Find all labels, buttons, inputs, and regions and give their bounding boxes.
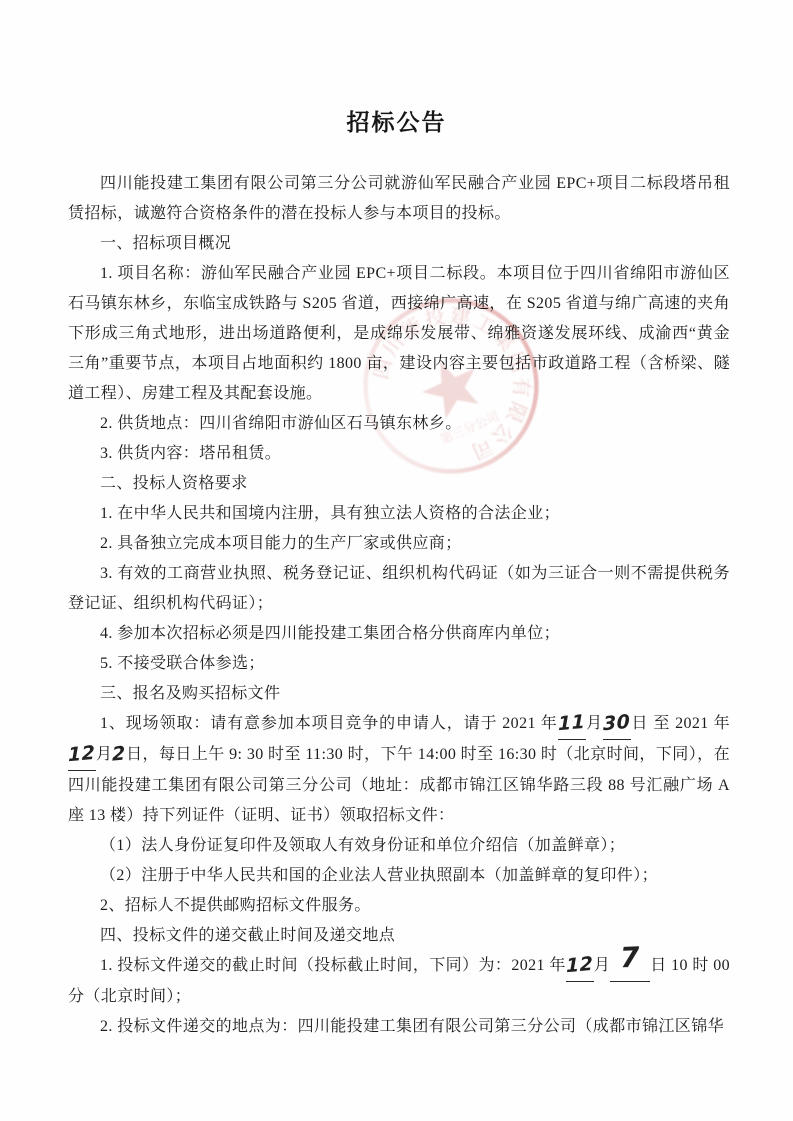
document-body: 四川能投建工集团有限公司第三分公司就游仙军民融合产业园 EPC+项目二标段塔吊租… [68, 169, 730, 1042]
text-run: 日，每日上午 9: 30 时至 11:30 时，下午 14:00 时至 16:3… [68, 746, 730, 824]
submission-deadline-paragraph: 1. 投标文件递交的截止时间（投标截止时间，下同）为：2021 年12月7日 1… [68, 951, 730, 1012]
handwritten-number: 2 [112, 746, 126, 761]
handwritten-date-fill: 12 [68, 740, 96, 771]
text-run: 2、招标人不提供邮购招标文件服务。 [100, 897, 371, 914]
text-run: 3. 有效的工商营业执照、税务登记证、组织机构代码证（如为三证合一则不需提供税务… [68, 565, 730, 612]
supply-content-paragraph: 3. 供货内容：塔吊租赁。 [68, 439, 730, 469]
text-run: 1、现场领取：请有意参加本项目竞争的申请人，请于 2021 年 [100, 715, 558, 732]
handwritten-number: 11 [558, 715, 585, 731]
text-run: 3. 供货内容：塔吊租赁。 [100, 445, 281, 462]
text-run: 月 [594, 957, 610, 974]
handwritten-number: 12 [566, 957, 593, 973]
text-run: 4. 参加本次招标必须是四川能投建工集团合格分供商库内单位； [100, 625, 560, 642]
text-run: 日 至 2021 年 [631, 715, 730, 732]
credential-item-1: （1）法人身份证复印件及领取人有效身份证和单位介绍信（加盖鲜章）； [68, 831, 730, 861]
text-run: 四、投标文件的递交截止时间及递交地点 [100, 927, 395, 944]
text-run: 2. 具备独立完成本项目能力的生产厂家或供应商； [100, 535, 462, 552]
document-title: 招标公告 [0, 104, 793, 137]
text-run: 月 [96, 746, 112, 763]
text-run: 2. 供货地点：四川省绵阳市游仙区石马镇东林乡。 [100, 415, 462, 432]
project-name-paragraph: 1. 项目名称：游仙军民融合产业园 EPC+项目二标段。本项目位于四川省绵阳市游… [68, 259, 730, 409]
handwritten-number: 12 [68, 746, 95, 762]
no-mail-order-paragraph: 2、招标人不提供邮购招标文件服务。 [68, 891, 730, 921]
section-2-heading: 二、投标人资格要求 [68, 469, 730, 499]
section-1-heading: 一、招标项目概况 [68, 229, 730, 259]
qualification-item-3: 3. 有效的工商营业执照、税务登记证、组织机构代码证（如为三证合一则不需提供税务… [68, 559, 730, 619]
qualification-item-1: 1. 在中华人民共和国境内注册，具有独立法人资格的合法企业； [68, 499, 730, 529]
text-run: （2）注册于中华人民共和国的企业法人营业执照副本（加盖鲜章的复印件）； [100, 867, 658, 884]
credential-item-2: （2）注册于中华人民共和国的企业法人营业执照副本（加盖鲜章的复印件）； [68, 861, 730, 891]
handwritten-date-fill: 2 [112, 740, 126, 770]
section-3-heading: 三、报名及购买招标文件 [68, 679, 730, 709]
text-run: 1. 项目名称：游仙军民融合产业园 EPC+项目二标段。本项目位于四川省绵阳市游… [68, 265, 730, 402]
handwritten-number: 7 [620, 951, 640, 966]
text-run: 一、招标项目概况 [100, 235, 231, 252]
text-run: 1. 投标文件递交的截止时间（投标截止时间，下同）为：2021 年 [100, 957, 566, 974]
scanned-tender-announcement-page: 招标公告 四川能投建工集团有限公司第三分公司就游仙军民融合产业园 EPC+项目二… [0, 0, 793, 1121]
onsite-pickup-paragraph: 1、现场领取：请有意参加本项目竞争的申请人，请于 2021 年11月30日 至 … [68, 709, 730, 831]
handwritten-date-fill: 30 [603, 709, 631, 740]
qualification-item-4: 4. 参加本次招标必须是四川能投建工集团合格分供商库内单位； [68, 619, 730, 649]
text-run: 2. 投标文件递交的地点为：四川能投建工集团有限公司第三分公司（成都市锦江区锦华 [100, 1018, 724, 1035]
supply-location-paragraph: 2. 供货地点：四川省绵阳市游仙区石马镇东林乡。 [68, 409, 730, 439]
qualification-item-5: 5. 不接受联合体参选； [68, 649, 730, 679]
handwritten-date-fill: 12 [566, 951, 594, 982]
handwritten-number: 30 [603, 715, 630, 731]
text-run: 三、报名及购买招标文件 [100, 685, 280, 702]
text-run: 四川能投建工集团有限公司第三分公司就游仙军民融合产业园 EPC+项目二标段塔吊租… [68, 175, 730, 222]
text-run: 二、投标人资格要求 [100, 475, 248, 492]
handwritten-date-fill: 7 [610, 951, 650, 982]
text-run: 1. 在中华人民共和国境内注册，具有独立法人资格的合法企业； [100, 505, 560, 522]
intro-paragraph: 四川能投建工集团有限公司第三分公司就游仙军民融合产业园 EPC+项目二标段塔吊租… [68, 169, 730, 229]
text-run: （1）法人身份证复印件及领取人有效身份证和单位介绍信（加盖鲜章）； [100, 837, 625, 854]
text-run: 5. 不接受联合体参选； [100, 655, 265, 672]
handwritten-date-fill: 11 [558, 709, 586, 740]
qualification-item-2: 2. 具备独立完成本项目能力的生产厂家或供应商； [68, 529, 730, 559]
submission-place-paragraph: 2. 投标文件递交的地点为：四川能投建工集团有限公司第三分公司（成都市锦江区锦华 [68, 1012, 730, 1042]
text-run: 月 [586, 715, 603, 732]
